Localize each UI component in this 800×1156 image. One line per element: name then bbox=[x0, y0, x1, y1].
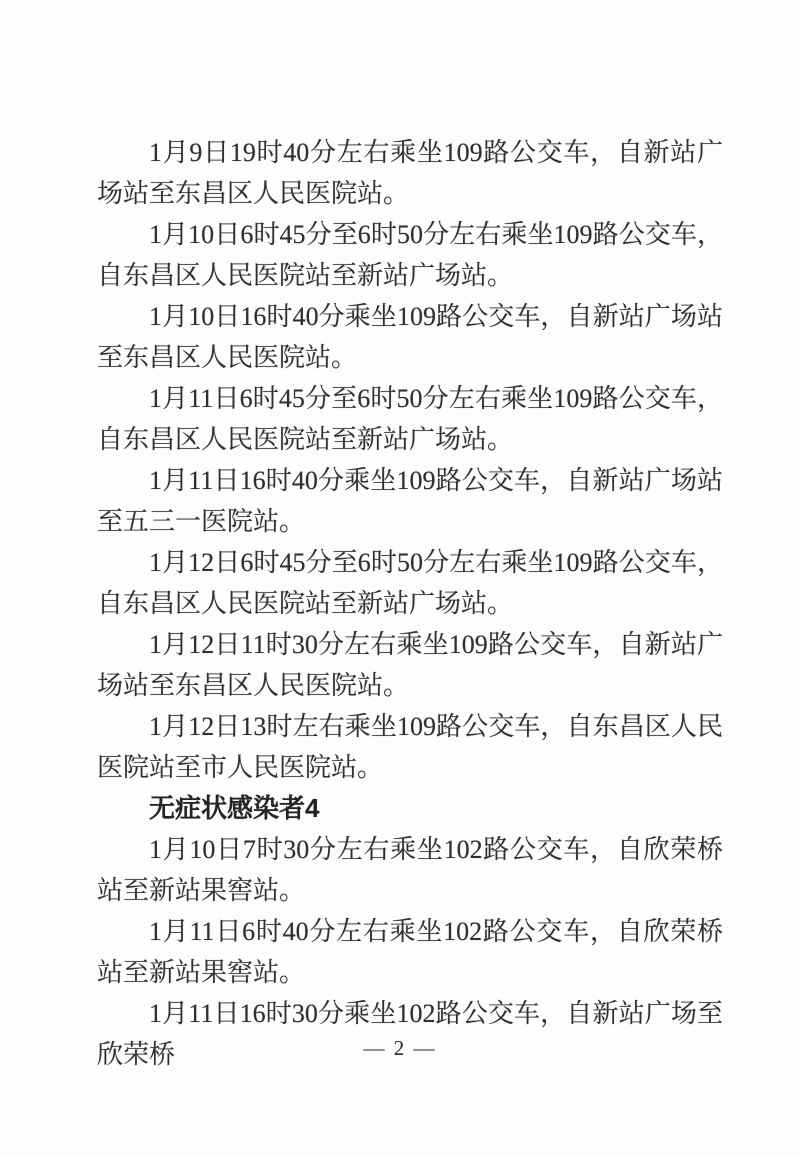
page-footer: — 2 — bbox=[0, 1036, 800, 1060]
itinerary-paragraph: 1月11日6时45分至6时50分左右乘坐109路公交车，自东昌区人民医院站至新站… bbox=[97, 378, 723, 460]
itinerary-paragraph: 1月11日16时40分乘坐109路公交车，自新站广场站至五三一医院站。 bbox=[97, 460, 723, 542]
document-page: 1月9日19时40分左右乘坐109路公交车，自新站广场站至东昌区人民医院站。 1… bbox=[0, 0, 800, 1156]
itinerary-paragraph: 1月11日6时40分左右乘坐102路公交车，自欣荣桥站至新站果窖站。 bbox=[97, 911, 723, 993]
itinerary-paragraph: 1月10日7时30分左右乘坐102路公交车，自欣荣桥站至新站果窖站。 bbox=[97, 829, 723, 911]
itinerary-paragraph: 1月12日13时左右乘坐109路公交车，自东昌区人民医院站至市人民医院站。 bbox=[97, 706, 723, 788]
itinerary-paragraph: 1月11日16时30分乘坐102路公交车，自新站广场至欣荣桥 bbox=[97, 993, 723, 1075]
document-body: 1月9日19时40分左右乘坐109路公交车，自新站广场站至东昌区人民医院站。 1… bbox=[97, 132, 723, 1075]
itinerary-paragraph: 1月10日16时40分乘坐109路公交车，自新站广场站至东昌区人民医院站。 bbox=[97, 296, 723, 378]
itinerary-paragraph: 1月9日19时40分左右乘坐109路公交车，自新站广场站至东昌区人民医院站。 bbox=[97, 132, 723, 214]
page-number: — 2 — bbox=[364, 1036, 437, 1060]
itinerary-paragraph: 1月12日11时30分左右乘坐109路公交车，自新站广场站至东昌区人民医院站。 bbox=[97, 624, 723, 706]
itinerary-paragraph: 1月12日6时45分至6时50分左右乘坐109路公交车，自东昌区人民医院站至新站… bbox=[97, 542, 723, 624]
itinerary-paragraph: 1月10日6时45分至6时50分左右乘坐109路公交车，自东昌区人民医院站至新站… bbox=[97, 214, 723, 296]
section-heading-asymptomatic-case-4: 无症状感染者4 bbox=[97, 788, 723, 829]
